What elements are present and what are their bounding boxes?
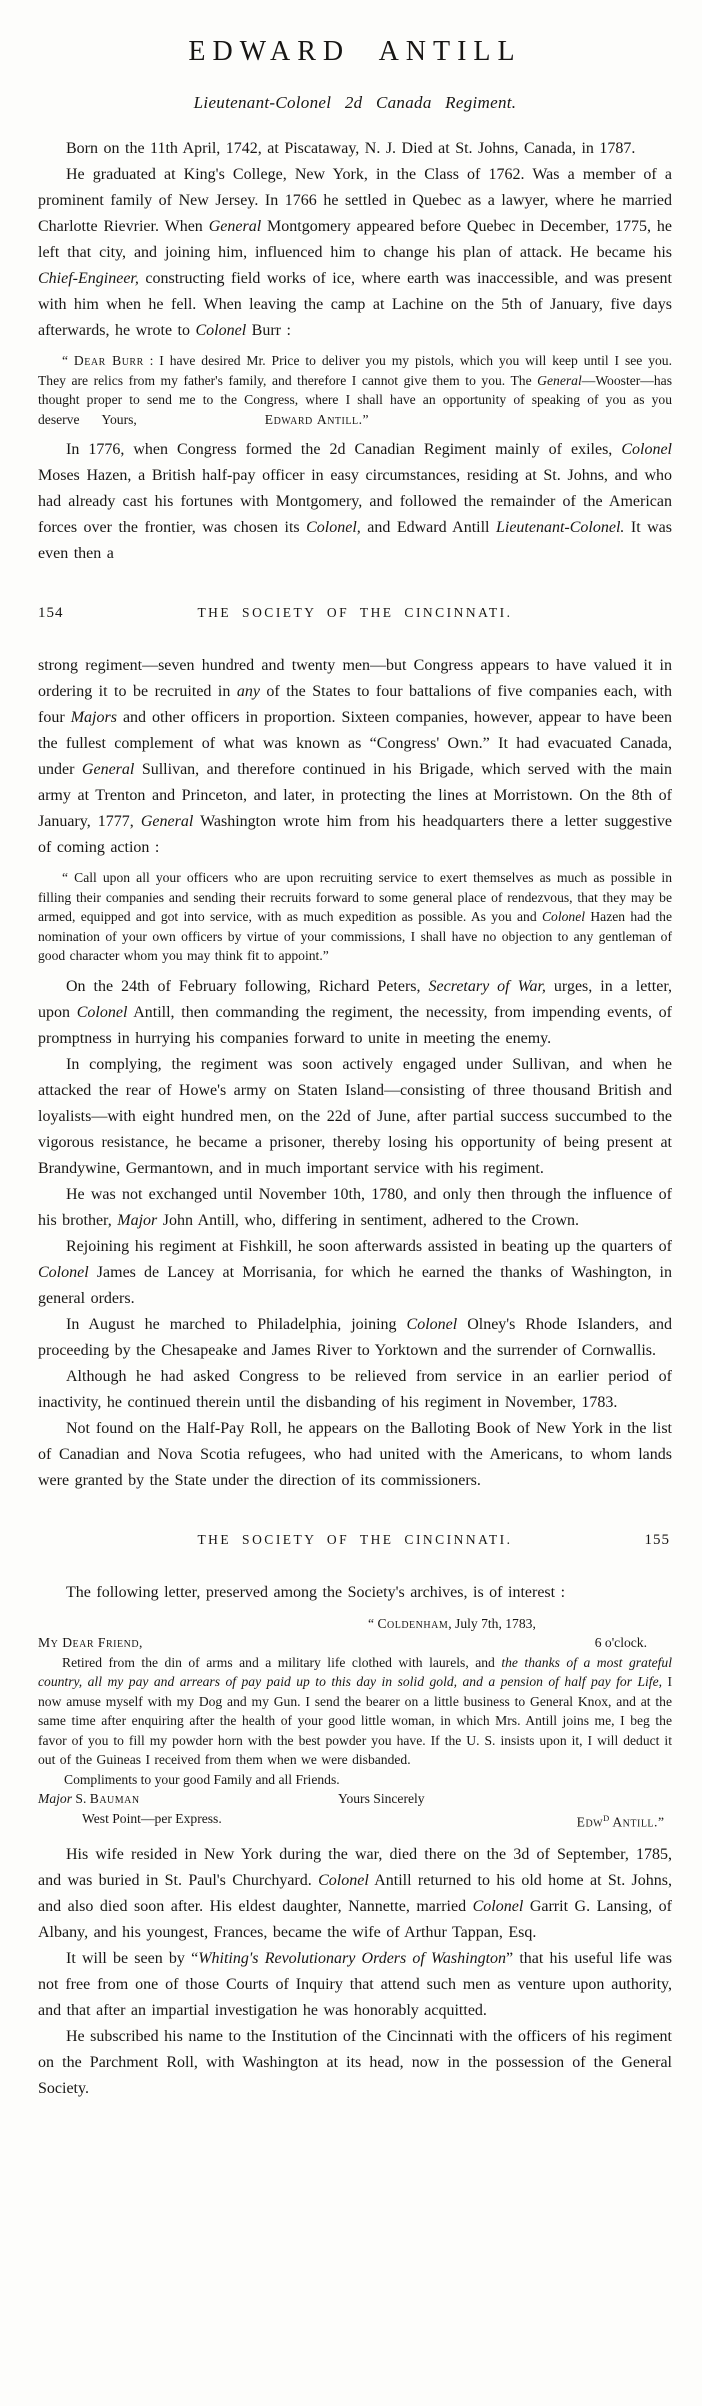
letter-sig-bauman: Major S. Bauman <box>38 1791 140 1806</box>
paragraph-whiting: It will be seen by “Whiting's Revolution… <box>38 1946 672 2024</box>
blockquote-washington-call: “ Call upon all your officers who are up… <box>38 868 672 966</box>
paragraph-congress-relief: Although he had asked Congress to be rel… <box>38 1364 672 1416</box>
paragraph-philadelphia: In August he marched to Philadelphia, jo… <box>38 1312 672 1364</box>
running-head-page-154: 154 THE SOCIETY OF THE CINCINNATI. <box>38 604 672 622</box>
paragraph-exchange: He was not exchanged until November 10th… <box>38 1182 672 1234</box>
paragraph-letter-intro: The following letter, preserved among th… <box>38 1580 672 1606</box>
letter-time: 6 o'clock. <box>595 1633 647 1653</box>
letter-sig-yours: Yours Sincerely <box>338 1789 425 1809</box>
running-head-title-155: THE SOCIETY OF THE CINCINNATI. <box>197 1532 512 1547</box>
page-number-155: 155 <box>645 1531 671 1549</box>
running-head-page-155: THE SOCIETY OF THE CINCINNATI. 155 <box>38 1531 672 1549</box>
letter-body: Retired from the din of arms and a milit… <box>38 1653 672 1770</box>
letter-sig-antill: EdwD Antill.” <box>577 1809 664 1832</box>
letter-salutation: My Dear Friend, <box>38 1633 142 1653</box>
letter-signature-row-2: West Point—per Express. EdwD Antill.” <box>38 1809 672 1829</box>
paragraph-regiment-1776: In 1776, when Congress formed the 2d Can… <box>38 437 672 567</box>
letter-coldenham: “ Coldenham, July 7th, 1783, My Dear Fri… <box>38 1614 672 1829</box>
page-subtitle: Lieutenant-Colonel 2d Canada Regiment. <box>38 93 672 113</box>
paragraph-parchment-roll: He subscribed his name to the Institutio… <box>38 2024 672 2102</box>
letter-salutation-row: My Dear Friend, 6 o'clock. <box>38 1633 672 1653</box>
book-page: EDWARD ANTILL Lieutenant-Colonel 2d Cana… <box>0 36 702 2102</box>
paragraph-staten-island: In complying, the regiment was soon acti… <box>38 1052 672 1182</box>
page-title: EDWARD ANTILL <box>38 36 672 68</box>
paragraph-fishkill: Rejoining his regiment at Fishkill, he s… <box>38 1234 672 1312</box>
paragraph-wife: His wife resided in New York during the … <box>38 1842 672 1946</box>
paragraph-born: Born on the 11th April, 1742, at Piscata… <box>38 136 672 162</box>
blockquote-dear-burr: “ Dear Burr : I have desired Mr. Price t… <box>38 351 672 429</box>
paragraph-half-pay-roll: Not found on the Half-Pay Roll, he appea… <box>38 1416 672 1494</box>
running-head-title-154: THE SOCIETY OF THE CINCINNATI. <box>197 605 512 620</box>
page-number-154: 154 <box>38 604 64 622</box>
paragraph-regiment-strength: strong regiment—seven hundred and twenty… <box>38 653 672 861</box>
paragraph-richard-peters: On the 24th of February following, Richa… <box>38 974 672 1052</box>
letter-sig-address: West Point—per Express. <box>38 1811 222 1826</box>
letter-compliments: Compliments to your good Family and all … <box>38 1770 672 1790</box>
paragraph-graduated: He graduated at King's College, New York… <box>38 162 672 344</box>
letter-signature-row-1: Major S. Bauman Yours Sincerely <box>38 1789 672 1809</box>
letter-dateline: “ Coldenham, July 7th, 1783, <box>38 1614 672 1634</box>
